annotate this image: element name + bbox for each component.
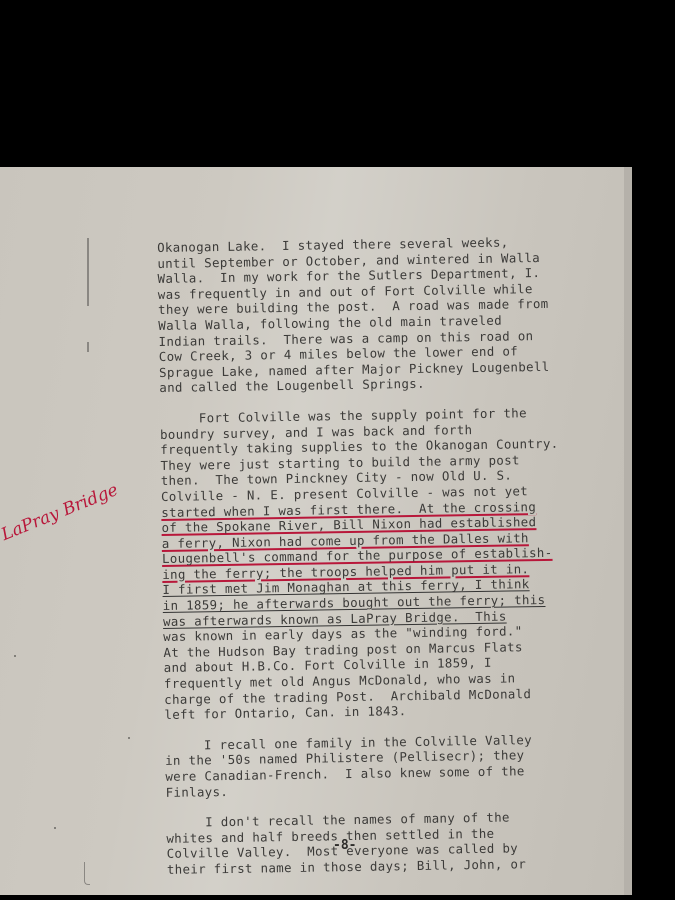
paragraph: Fort Colville was the supply point for t…: [160, 405, 563, 723]
paragraph: I recall one family in the Colville Vall…: [165, 731, 564, 800]
margin-bracket: [84, 862, 90, 885]
margin-dot: [128, 737, 130, 739]
paragraph: Okanogan Lake. I stayed there several we…: [157, 234, 558, 396]
margin-dot: [14, 655, 16, 657]
paragraph: I don't recall the names of many of thew…: [166, 809, 565, 878]
typewritten-text: Okanogan Lake. I stayed there several we…: [157, 234, 565, 878]
page-edge: [624, 167, 632, 895]
page-number: -8-: [333, 838, 356, 853]
margin-dot: [54, 827, 56, 829]
margin-mark: [87, 238, 89, 306]
margin-mark: [87, 342, 89, 352]
